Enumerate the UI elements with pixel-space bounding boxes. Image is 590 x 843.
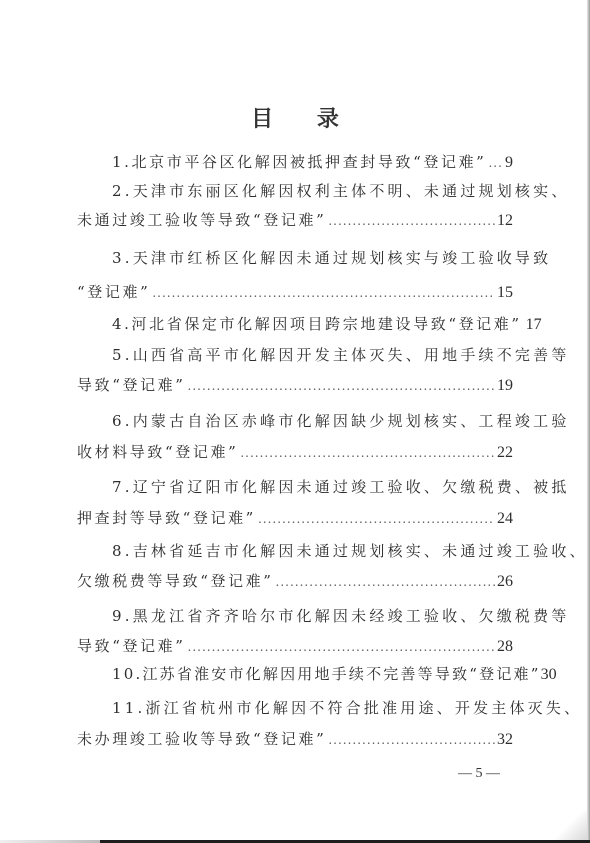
toc-entry-text: 5.山西省高平市化解因开发主体灭失、用地手续不完善等 (112, 343, 570, 367)
toc-page-number: 32 (497, 728, 513, 752)
toc-entry-3[interactable]: 3.天津市红桥区化解因未通过规划核实与竣工验收导致 (77, 246, 513, 270)
page-title: 目 录 (0, 102, 590, 133)
toc-entry-text: 2.天津市东丽区化解因权利主体不明、未通过规划核实、 (112, 179, 570, 203)
leader-dots (240, 441, 495, 465)
toc-page-number: 30 (541, 663, 557, 687)
toc-entry-text: 10.江苏省淮安市化解因用地手续不完善等导致“登记难” (112, 662, 541, 686)
leader-dots (276, 570, 495, 594)
toc-entry-text: 3.天津市红桥区化解因未通过规划核实与竣工验收导致 (112, 246, 551, 270)
toc-entry-text: 收材料导致“登记难” (77, 440, 238, 464)
toc-entry-text: 1.北京市平谷区化解因被抵押查封导致“登记难” (112, 150, 486, 174)
page-number: — 5 — (458, 766, 500, 782)
toc-page-number: 24 (497, 507, 513, 531)
toc-entry-text: 导致“登记难” (77, 634, 186, 658)
toc-entry-text: 未通过竣工验收等导致“登记难” (77, 208, 326, 232)
toc-entry-8-cont[interactable]: 欠缴税费等导致“登记难” 26 (77, 569, 513, 593)
toc-entry-5[interactable]: 5.山西省高平市化解因开发主体灭失、用地手续不完善等 (77, 343, 513, 367)
toc-entry-text: 7.辽宁省辽阳市化解因未通过竣工验收、欠缴税费、被抵 (112, 475, 570, 499)
toc-entry-6-cont[interactable]: 收材料导致“登记难” 22 (77, 440, 513, 464)
leader-dots (188, 374, 495, 398)
scan-corner-shadow (547, 810, 587, 840)
toc-entry-3-cont[interactable]: “登记难” 15 (77, 280, 513, 304)
toc-entry-text: 未办理竣工验收等导致“登记难” (77, 727, 326, 751)
toc-page-number: 22 (497, 441, 513, 465)
leader-dots (152, 281, 495, 305)
toc-entry-text: 导致“登记难” (77, 373, 186, 397)
toc-page-number: 19 (497, 374, 513, 398)
leader-dots (328, 209, 495, 233)
toc-entry-11[interactable]: 11.浙江省杭州市化解因不符合批准用途、开发主体灭失、 (77, 696, 513, 720)
leader-dots (328, 728, 495, 752)
toc-page-number: 12 (497, 209, 513, 233)
toc-entry-text: 押查封等导致“登记难” (77, 506, 256, 530)
toc-page-number: 28 (497, 635, 513, 659)
toc-entry-10[interactable]: 10.江苏省淮安市化解因用地手续不完善等导致“登记难” 30 (77, 662, 513, 686)
toc-entry-5-cont[interactable]: 导致“登记难” 19 (77, 373, 513, 397)
toc-entry-7[interactable]: 7.辽宁省辽阳市化解因未通过竣工验收、欠缴税费、被抵 (77, 475, 513, 499)
leader-dots (188, 635, 495, 659)
toc-entry-text: 11.浙江省杭州市化解因不符合批准用途、开发主体灭失、 (112, 696, 582, 720)
toc-entry-text: 4.河北省保定市化解因项目跨宗地建设导致“登记难” (112, 312, 522, 336)
leader-dots (258, 507, 495, 531)
toc-page-number: 26 (497, 570, 513, 594)
toc-entry-text: 6.内蒙古自治区赤峰市化解因缺少规划核实、工程竣工验 (112, 409, 570, 433)
toc-entry-11-cont[interactable]: 未办理竣工验收等导致“登记难” 32 (77, 727, 513, 751)
toc-entry-1[interactable]: 1.北京市平谷区化解因被抵押查封导致“登记难” 9 (77, 150, 513, 174)
toc-page-number: 9 (505, 151, 513, 175)
toc-page-number: 15 (497, 281, 513, 305)
toc-entry-9-cont[interactable]: 导致“登记难” 28 (77, 634, 513, 658)
toc-entry-9[interactable]: 9.黑龙江省齐齐哈尔市化解因未经竣工验收、欠缴税费等 (77, 604, 513, 628)
toc-entry-8[interactable]: 8.吉林省延吉市化解因未通过规划核实、未通过竣工验收、 (77, 539, 513, 563)
toc-entry-4[interactable]: 4.河北省保定市化解因项目跨宗地建设导致“登记难” 17 (77, 312, 513, 336)
toc-entry-text: 9.黑龙江省齐齐哈尔市化解因未经竣工验收、欠缴税费等 (112, 604, 570, 628)
toc-entry-6[interactable]: 6.内蒙古自治区赤峰市化解因缺少规划核实、工程竣工验 (77, 409, 513, 433)
toc-entry-text: 8.吉林省延吉市化解因未通过规划核实、未通过竣工验收、 (112, 539, 588, 563)
toc-entry-2-cont[interactable]: 未通过竣工验收等导致“登记难” 12 (77, 208, 513, 232)
toc-page-number: 17 (526, 313, 542, 337)
toc-entry-7-cont[interactable]: 押查封等导致“登记难” 24 (77, 506, 513, 530)
toc-entry-2[interactable]: 2.天津市东丽区化解因权利主体不明、未通过规划核实、 (77, 179, 513, 203)
toc-entry-text: 欠缴税费等导致“登记难” (77, 569, 274, 593)
toc-entry-text: “登记难” (77, 280, 150, 304)
leader-dots (488, 151, 503, 175)
